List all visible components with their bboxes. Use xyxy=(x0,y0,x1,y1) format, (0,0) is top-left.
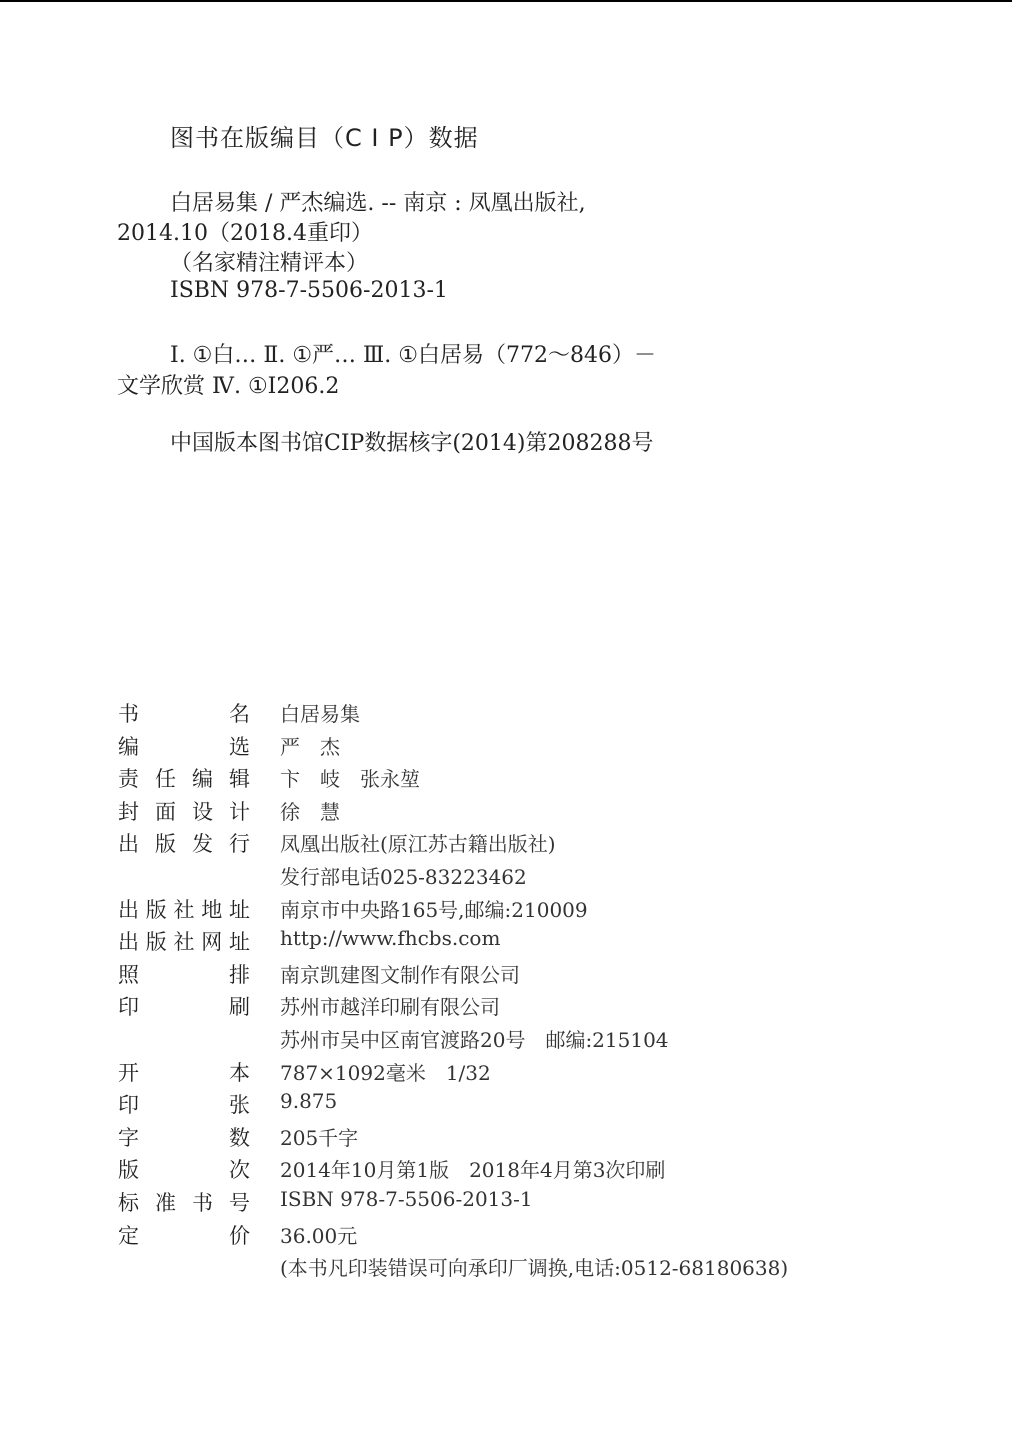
colophon-label: 字数 xyxy=(118,1122,250,1152)
colophon-value: 9.875 xyxy=(280,1089,337,1113)
colophon-value: 南京凯建图文制作有限公司 xyxy=(280,959,520,988)
colophon-label-char: 书 xyxy=(118,698,139,728)
colophon-label-char: 责 xyxy=(118,763,139,793)
colophon-label-char: 字 xyxy=(118,1122,139,1152)
colophon-label-char: 网 xyxy=(201,926,222,956)
colophon-value: 南京市中央路165号,邮编:210009 xyxy=(280,894,588,923)
colophon-label-char: 价 xyxy=(229,1220,250,1250)
colophon-label: 编选 xyxy=(118,731,250,761)
colophon-label-char: 任 xyxy=(155,763,176,793)
colophon-value: 787×1092毫米 1/32 xyxy=(280,1057,491,1086)
colophon-label-char: 辑 xyxy=(229,763,250,793)
colophon-value: ISBN 978-7-5506-2013-1 xyxy=(280,1187,533,1211)
colophon-label-char: 印 xyxy=(118,1089,139,1119)
colophon-label: 出版发行 xyxy=(118,828,250,858)
colophon-label: 出版社地址 xyxy=(118,894,250,924)
colophon-value: 徐 慧 xyxy=(280,796,340,825)
colophon-label: 定价 xyxy=(118,1220,250,1250)
page-top-border xyxy=(0,0,1012,2)
colophon-label-char: 版 xyxy=(155,828,176,858)
cip-subject-line1: Ⅰ. ①白… Ⅱ. ①严… Ⅲ. ①白居易（772～846）－ xyxy=(170,338,656,369)
colophon-label: 标准书号 xyxy=(118,1187,250,1217)
colophon-label-char: 出 xyxy=(118,894,139,924)
colophon-label: 出版社网址 xyxy=(118,926,250,956)
colophon-value: 严 杰 xyxy=(280,731,340,760)
colophon-label-char: 本 xyxy=(229,1057,250,1087)
colophon-value: 苏州市越洋印刷有限公司 xyxy=(280,991,500,1020)
colophon-label: 书名 xyxy=(118,698,250,728)
colophon-label-char: 选 xyxy=(229,731,250,761)
colophon-label: 版次 xyxy=(118,1154,250,1184)
colophon-label-char: 号 xyxy=(229,1187,250,1217)
colophon-value: 36.00元 xyxy=(280,1220,357,1249)
colophon-label-char: 出 xyxy=(118,828,139,858)
colophon-label-char: 设 xyxy=(192,796,213,826)
cip-entry-line2: 2014.10（2018.4重印） xyxy=(117,216,373,247)
colophon-value: 卞 岐 张永堃 xyxy=(280,763,420,792)
colophon-label-char: 标 xyxy=(118,1187,139,1217)
colophon-label: 印刷 xyxy=(118,991,250,1021)
colophon-label: 开本 xyxy=(118,1057,250,1087)
cip-number: 中国版本图书馆CIP数据核字(2014)第208288号 xyxy=(170,426,653,457)
colophon-label: 责任编辑 xyxy=(118,763,250,793)
colophon-value: 白居易集 xyxy=(280,698,360,727)
cip-isbn: ISBN 978-7-5506-2013-1 xyxy=(170,278,448,303)
colophon-label-char: 编 xyxy=(192,763,213,793)
colophon-label-char: 版 xyxy=(118,1154,139,1184)
colophon-label-char: 社 xyxy=(174,894,195,924)
colophon-value: 2014年10月第1版 2018年4月第3次印刷 xyxy=(280,1154,665,1183)
cip-title: 图书在版编目（C I P）数据 xyxy=(170,118,479,153)
colophon-label-char: 版 xyxy=(146,926,167,956)
colophon-value: (本书凡印装错误可向承印厂调换,电话:0512-68180638) xyxy=(280,1252,788,1281)
colophon-label-char: 封 xyxy=(118,796,139,826)
colophon-label-char: 名 xyxy=(229,698,250,728)
colophon-label-char: 照 xyxy=(118,959,139,989)
colophon-label-char: 计 xyxy=(229,796,250,826)
colophon-value: 发行部电话025-83223462 xyxy=(280,861,527,890)
colophon-value: 凤凰出版社(原江苏古籍出版社) xyxy=(280,828,556,857)
colophon-value: 苏州市吴中区南官渡路20号 邮编:215104 xyxy=(280,1024,669,1053)
colophon-label-char: 印 xyxy=(118,991,139,1021)
cip-series: （名家精注精评本） xyxy=(170,246,368,277)
colophon-label-char: 刷 xyxy=(229,991,250,1021)
cip-subject-line2: 文学欣赏 Ⅳ. ①I206.2 xyxy=(117,369,339,400)
colophon-label: 封面设计 xyxy=(118,796,250,826)
colophon-label-char: 面 xyxy=(155,796,176,826)
cip-entry-line1: 白居易集 / 严杰编选. -- 南京 : 凤凰出版社, xyxy=(170,186,586,217)
colophon-label-char: 址 xyxy=(229,926,250,956)
colophon-label-char: 排 xyxy=(229,959,250,989)
colophon-label-char: 张 xyxy=(229,1089,250,1119)
colophon-label-char: 定 xyxy=(118,1220,139,1250)
colophon-label-char: 发 xyxy=(192,828,213,858)
colophon-label-char: 出 xyxy=(118,926,139,956)
colophon-label-char: 编 xyxy=(118,731,139,761)
colophon-label-char: 数 xyxy=(229,1122,250,1152)
colophon-label-char: 地 xyxy=(201,894,222,924)
colophon-label-char: 次 xyxy=(229,1154,250,1184)
colophon-label-char: 准 xyxy=(155,1187,176,1217)
colophon-label: 印张 xyxy=(118,1089,250,1119)
colophon-value: 205千字 xyxy=(280,1122,358,1151)
colophon-label: 照排 xyxy=(118,959,250,989)
colophon-label-char: 行 xyxy=(229,828,250,858)
colophon-value: http://www.fhcbs.com xyxy=(280,926,500,950)
colophon-label-char: 版 xyxy=(146,894,167,924)
colophon-label-char: 址 xyxy=(229,894,250,924)
colophon-label-char: 开 xyxy=(118,1057,139,1087)
colophon-label-char: 书 xyxy=(192,1187,213,1217)
colophon-label-char: 社 xyxy=(174,926,195,956)
